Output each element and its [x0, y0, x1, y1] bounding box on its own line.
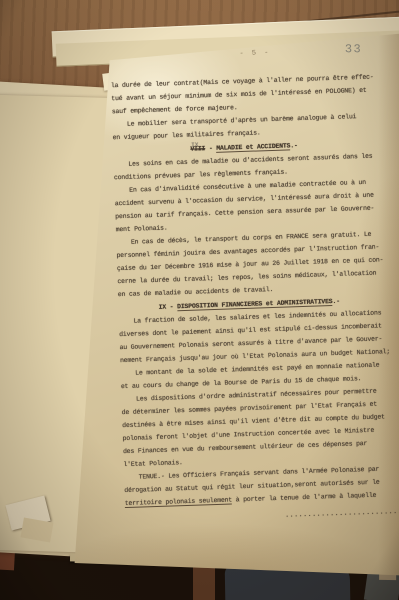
pencil-correction: IX: [191, 138, 199, 151]
heading-suffix: .-: [290, 142, 298, 149]
typewritten-page: - 5 - 33 la durée de leur contrat(Mais c…: [56, 32, 399, 576]
struck-numeral-wrap: IXVIII: [190, 145, 205, 152]
typed-lines: la durée de leur contrat(Mais ce voyage …: [111, 70, 399, 527]
page-text-block: - 5 - 33 la durée de leur contrat(Mais c…: [110, 45, 399, 527]
archive-stamp-number: 33: [344, 42, 361, 56]
heading-separator: -: [205, 145, 216, 152]
document-photo: - 5 - 33 la durée de leur contrat(Mais c…: [0, 0, 399, 600]
line-remainder: à porter la tenue de l'arme à laquelle: [232, 492, 376, 504]
heading-separator: -: [166, 303, 177, 310]
heading-suffix: .-: [332, 298, 340, 305]
underlined-phrase: territoire polonais seulement: [125, 496, 233, 508]
heading-title-underlined: MALADIE et ACCIDENTS: [216, 142, 290, 152]
